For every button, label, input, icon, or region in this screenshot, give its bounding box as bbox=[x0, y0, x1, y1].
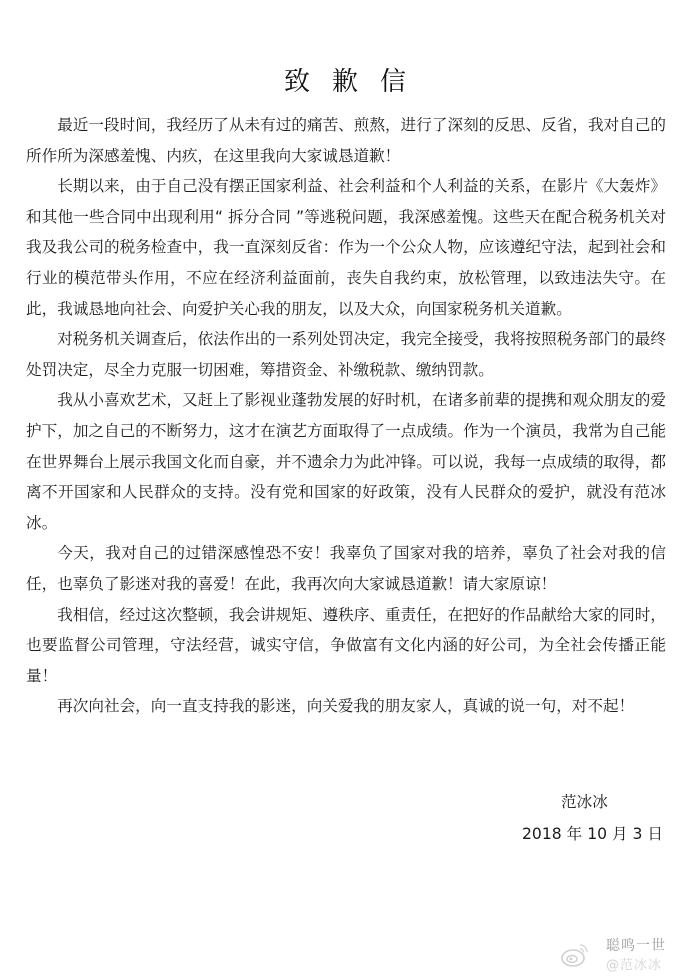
letter-title: 致歉信 bbox=[0, 61, 690, 98]
watermark-account-name: 聪鸣一世 bbox=[606, 935, 666, 955]
paragraph-1: 最近一段时间，我经历了从未有过的痛苦、煎熬，进行了深刻的反思、反省，我对自己的所… bbox=[26, 110, 666, 171]
letter-date: 2018 年 10 月 3 日 bbox=[522, 822, 663, 844]
paragraph-5: 今天，我对自己的过错深感惶恐不安！我辜负了国家对我的培养，辜负了社会对我的信任，… bbox=[26, 538, 666, 599]
paragraph-2: 长期以来，由于自己没有摆正国家利益、社会利益和个人利益的关系，在影片《大轰炸》和… bbox=[26, 171, 666, 324]
letter-body: 最近一段时间，我经历了从未有过的痛苦、煎熬，进行了深刻的反思、反省，我对自己的所… bbox=[26, 110, 666, 722]
weibo-watermark: 聪鸣一世 @范冰冰 bbox=[560, 935, 690, 975]
paragraph-6: 我相信，经过这次整顿，我会讲规矩、遵秩序、重责任，在把好的作品献给大家的同时，也… bbox=[26, 600, 666, 692]
weibo-logo-icon bbox=[560, 941, 590, 969]
signature: 范冰冰 bbox=[561, 790, 608, 812]
watermark-handle: @范冰冰 bbox=[606, 954, 662, 973]
paragraph-7: 再次向社会，向一直支持我的影迷，向关爱我的朋友家人，真诚的说一句，对不起！ bbox=[26, 691, 666, 722]
paragraph-4: 我从小喜欢艺术，又赶上了影视业蓬勃发展的好时机，在诸多前辈的提携和观众朋友的爱护… bbox=[26, 385, 666, 538]
paragraph-3: 对税务机关调查后，依法作出的一系列处罚决定，我完全接受，我将按照税务部门的最终处… bbox=[26, 324, 666, 385]
